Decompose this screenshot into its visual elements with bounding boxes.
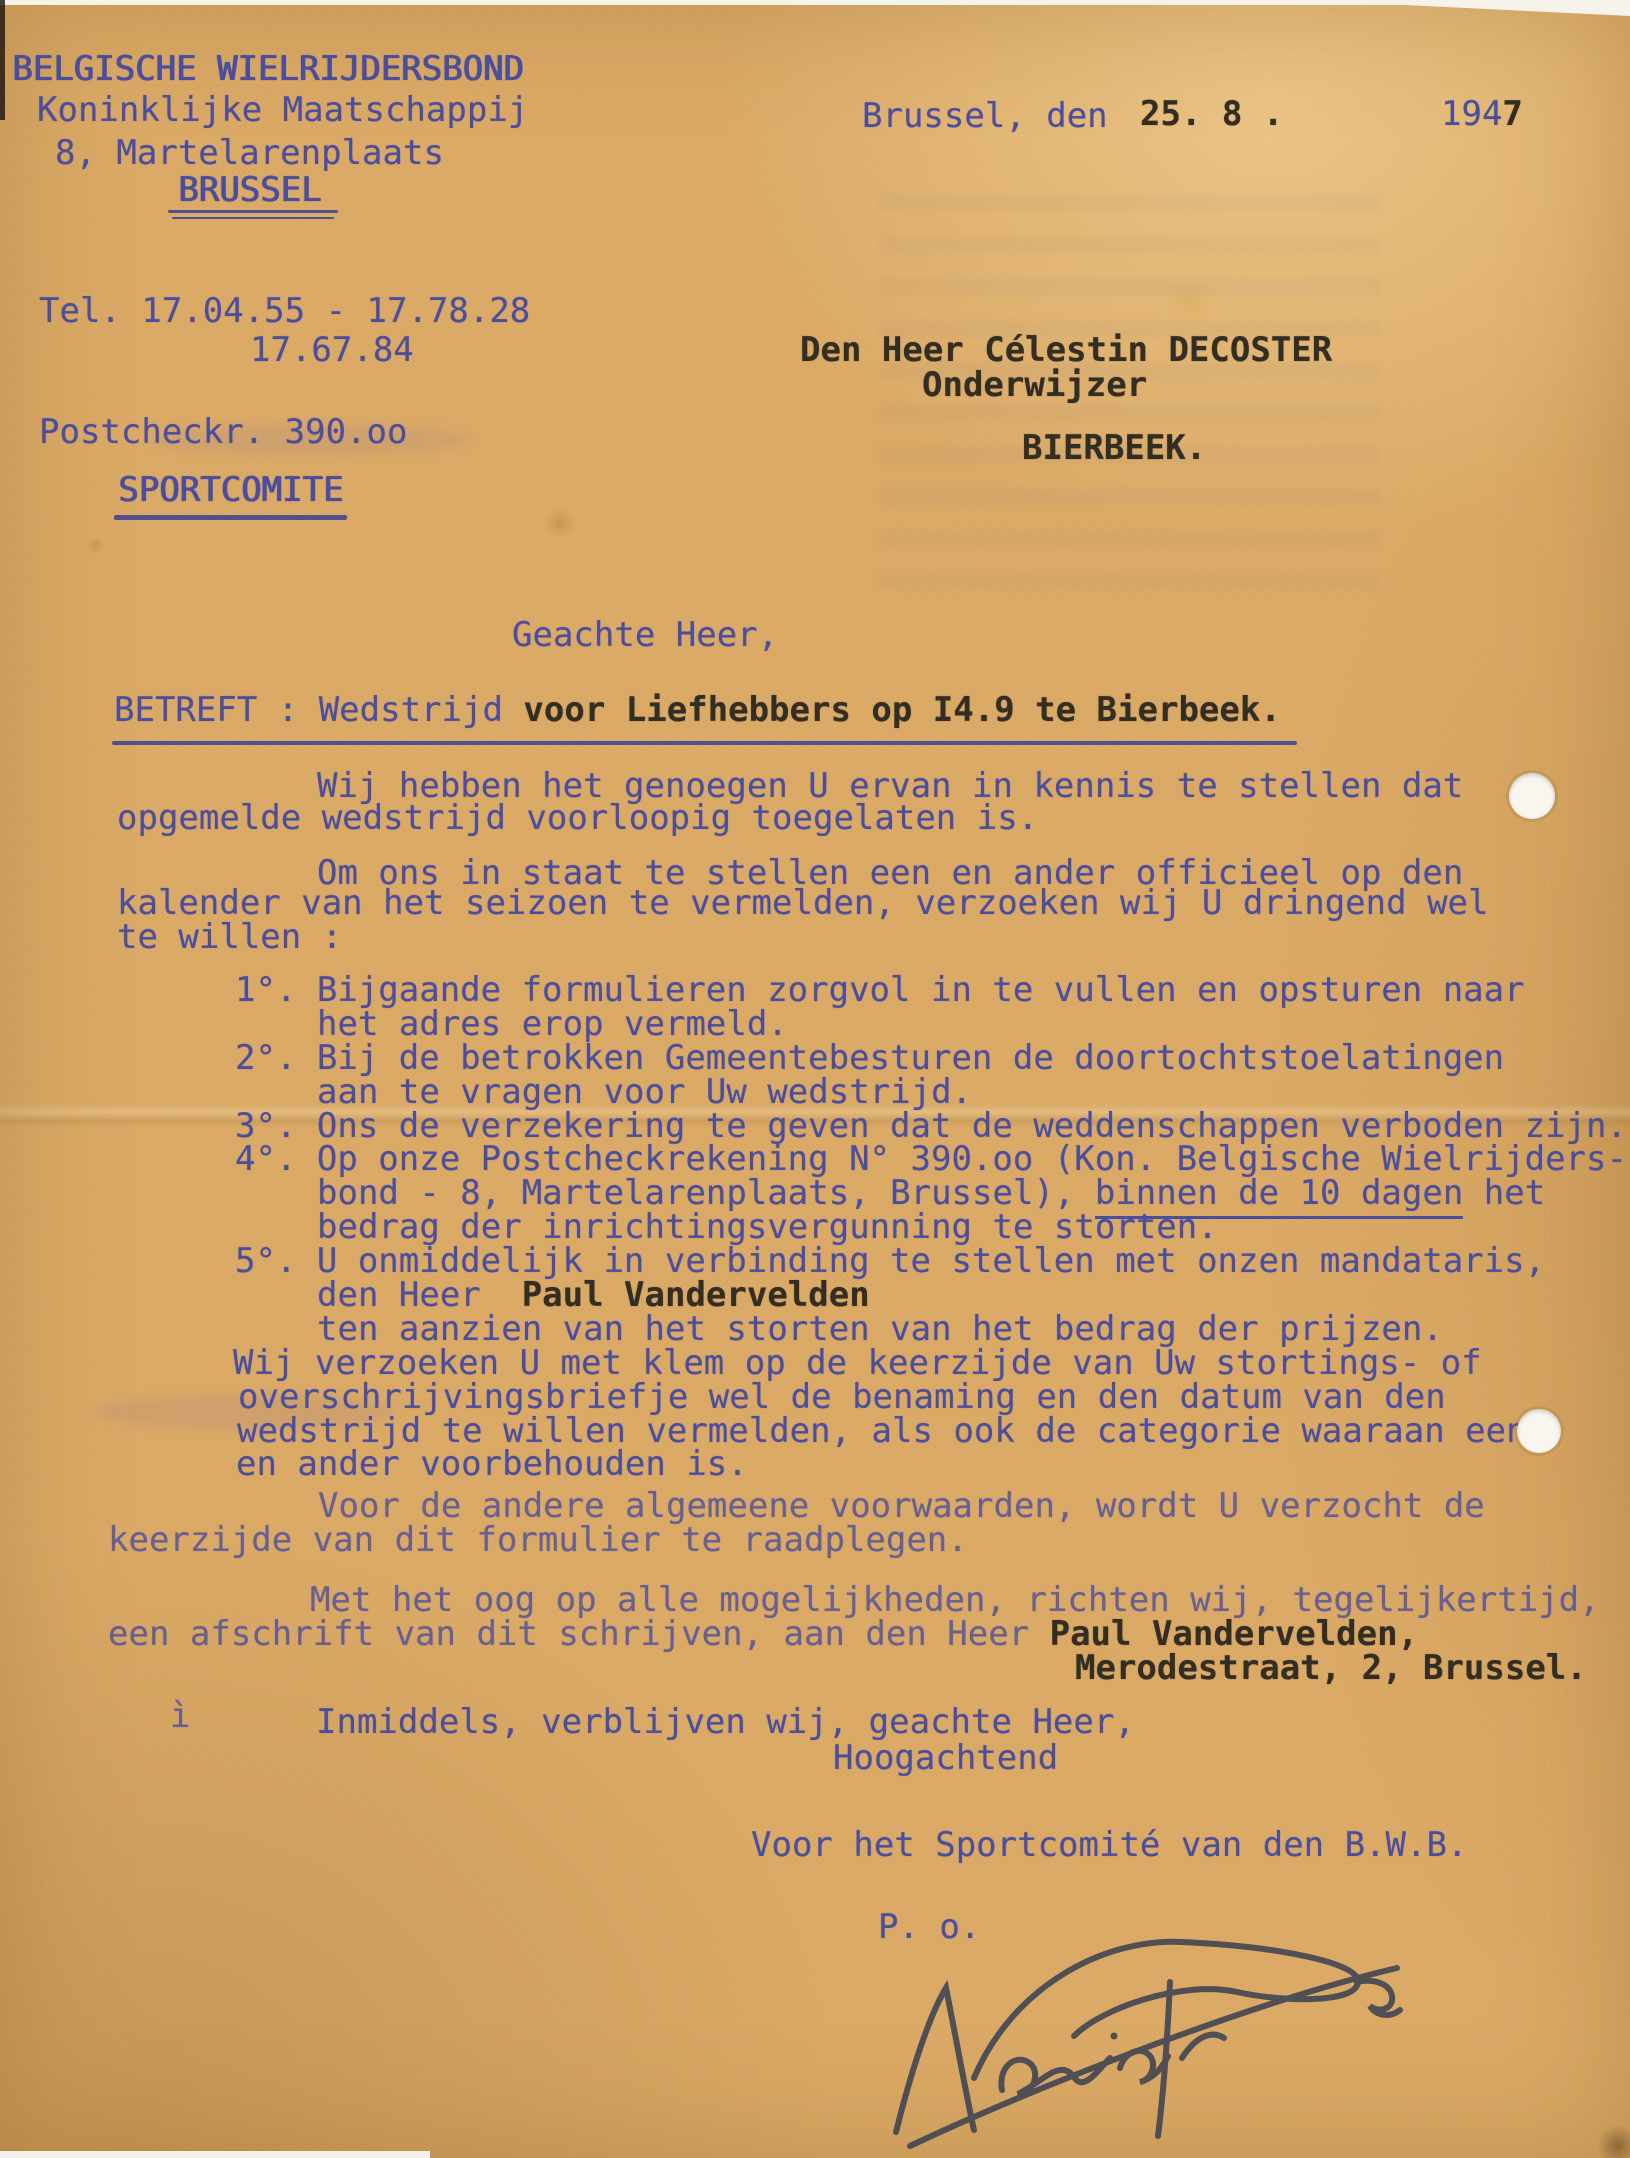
text-segment: ì xyxy=(170,1696,190,1736)
addressee-city: BIERBEEK. xyxy=(1022,430,1206,466)
letter-page: BELGISCHE WIELRIJDERSBONDKoninklijke Maa… xyxy=(0,0,1630,2158)
text-segment: Onderwijzer xyxy=(922,365,1147,405)
text-segment: Koninklijke Maatschappij xyxy=(37,90,528,130)
para4-line1: Voor de andere algemeene voorwaarden, wo… xyxy=(318,1488,1485,1524)
text-segment: 7 xyxy=(1502,94,1522,134)
para3-line4: en ander voorbehouden is. xyxy=(236,1446,748,1482)
addressee-name: Den Heer Célestin DECOSTER xyxy=(800,332,1332,368)
para1-line2: opgemelde wedstrijd voorloopig toegelate… xyxy=(117,800,1038,836)
salutation: Geachte Heer, xyxy=(512,617,778,653)
item4-line3: bedrag der inrichtingsvergunning te stor… xyxy=(317,1209,1218,1245)
date-year: 1947 xyxy=(1441,96,1523,132)
text-segment: BIERBEEK. xyxy=(1022,428,1206,468)
text-segment: voor Liefhebbers op I4.9 te Bierbeek. xyxy=(523,690,1280,730)
punch-hole-top xyxy=(1509,773,1555,819)
subject-line: BETREFT : Wedstrijd voor Liefhebbers op … xyxy=(114,692,1281,728)
text-segment: 17.67.84 xyxy=(250,330,414,370)
postal-account: Postcheckr. 390.oo xyxy=(39,414,407,450)
text-segment: SPORTCOMITE xyxy=(118,470,343,510)
text-segment: 8, Martelarenplaats xyxy=(55,133,444,173)
scan-edge-top-right xyxy=(1368,0,1630,16)
signature xyxy=(852,1918,1432,2153)
item4-line1: 4°. Op onze Postcheckrekening N° 390.oo … xyxy=(235,1141,1627,1177)
item4-line2: bond - 8, Martelarenplaats, Brussel), bi… xyxy=(317,1175,1545,1211)
letterhead-line-2: Koninklijke Maatschappij xyxy=(37,92,528,128)
text-segment: Voor het Sportcomité van den B.W.B. xyxy=(751,1825,1467,1865)
para2-line3: te willen : xyxy=(117,919,342,955)
para2-line2: kalender van het seizoen te vermelden, v… xyxy=(117,885,1488,921)
brussel-underline-1 xyxy=(168,210,338,213)
item5-line1: 5°. U onmiddelijk in verbinding te stell… xyxy=(235,1243,1545,1279)
text-segment: te willen : xyxy=(117,917,342,957)
text-segment: en ander voorbehouden is. xyxy=(236,1444,748,1484)
text-segment: 25. 8 . xyxy=(1140,94,1283,134)
text-segment: Den Heer Célestin DECOSTER xyxy=(800,330,1332,370)
brussel-underline-2 xyxy=(172,217,334,219)
addressee-title: Onderwijzer xyxy=(922,367,1147,403)
text-segment: het xyxy=(1463,1173,1545,1213)
para3-line1: Wij verzoeken U met klem op de keerzijde… xyxy=(233,1345,1482,1381)
punch-hole-bottom xyxy=(1517,1409,1561,1453)
para5-line2: een afschrift van dit schrijven, aan den… xyxy=(108,1616,1418,1652)
committee-label: SPORTCOMITE xyxy=(118,472,343,508)
sportcomite-underline xyxy=(114,515,347,520)
text-segment: opgemelde wedstrijd voorloopig toegelate… xyxy=(117,798,1038,838)
para5-line1: Met het oog op alle mogelijkheden, richt… xyxy=(310,1582,1600,1618)
text-segment: BRUSSEL xyxy=(178,170,321,210)
para3-line2: overschrijvingsbriefje wel de benaming e… xyxy=(238,1379,1446,1415)
text-segment: Hoogachtend xyxy=(833,1738,1058,1778)
closing-line1: Inmiddels, verblijven wij, geachte Heer, xyxy=(316,1704,1135,1740)
text-segment: Inmiddels, verblijven wij, geachte Heer, xyxy=(316,1702,1135,1742)
item1-line1: 1°. Bijgaande formulieren zorgvol in te … xyxy=(235,972,1525,1008)
ink-bleed-through xyxy=(880,195,1380,615)
text-segment: BELGISCHE WIELRIJDERSBOND xyxy=(12,49,524,89)
scan-edge-bottom-left xyxy=(0,2151,430,2158)
text-segment: BETREFT : Wedstrijd xyxy=(114,690,523,730)
date-day-month: 25. 8 . xyxy=(1140,96,1283,132)
text-segment: Merodestraat, 2, Brussel. xyxy=(1075,1648,1587,1688)
text-segment: Tel. 17.04.55 - 17.78.28 xyxy=(39,291,530,331)
phone-line-2: 17.67.84 xyxy=(250,332,414,368)
committee-closing: Voor het Sportcomité van den B.W.B. xyxy=(751,1827,1467,1863)
text-segment: een afschrift van dit schrijven, aan den… xyxy=(108,1614,1050,1654)
phone-line-1: Tel. 17.04.55 - 17.78.28 xyxy=(39,293,530,329)
closing-line2: Hoogachtend xyxy=(833,1740,1058,1776)
stray-mark: ì xyxy=(170,1698,190,1734)
item5-line2: den Heer Paul Vandervelden xyxy=(317,1277,870,1313)
letterhead-line-1: BELGISCHE WIELRIJDERSBOND xyxy=(12,51,524,87)
item2-line1: 2°. Bij de betrokken Gemeentebesturen de… xyxy=(235,1040,1504,1076)
text-segment: Postcheckr. 390.oo xyxy=(39,412,407,452)
subject-underline xyxy=(112,741,1297,745)
letterhead-line-3: 8, Martelarenplaats xyxy=(55,135,444,171)
scan-edge-left xyxy=(0,0,5,120)
item1-line2: het adres erop vermeld. xyxy=(317,1006,788,1042)
letterhead-city: BRUSSEL xyxy=(178,172,321,208)
para5-line3: Merodestraat, 2, Brussel. xyxy=(1075,1650,1587,1686)
text-segment: 194 xyxy=(1441,94,1502,134)
text-segment: Brussel, den xyxy=(862,96,1108,136)
text-segment: keerzijde van dit formulier te raadplege… xyxy=(108,1520,968,1560)
item2-line2: aan te vragen voor Uw wedstrijd. xyxy=(317,1074,972,1110)
date-place: Brussel, den xyxy=(862,98,1108,134)
text-segment: Geachte Heer, xyxy=(512,615,778,655)
para4-line2: keerzijde van dit formulier te raadplege… xyxy=(108,1522,968,1558)
item5-line3: ten aanzien van het storten van het bedr… xyxy=(317,1311,1443,1347)
